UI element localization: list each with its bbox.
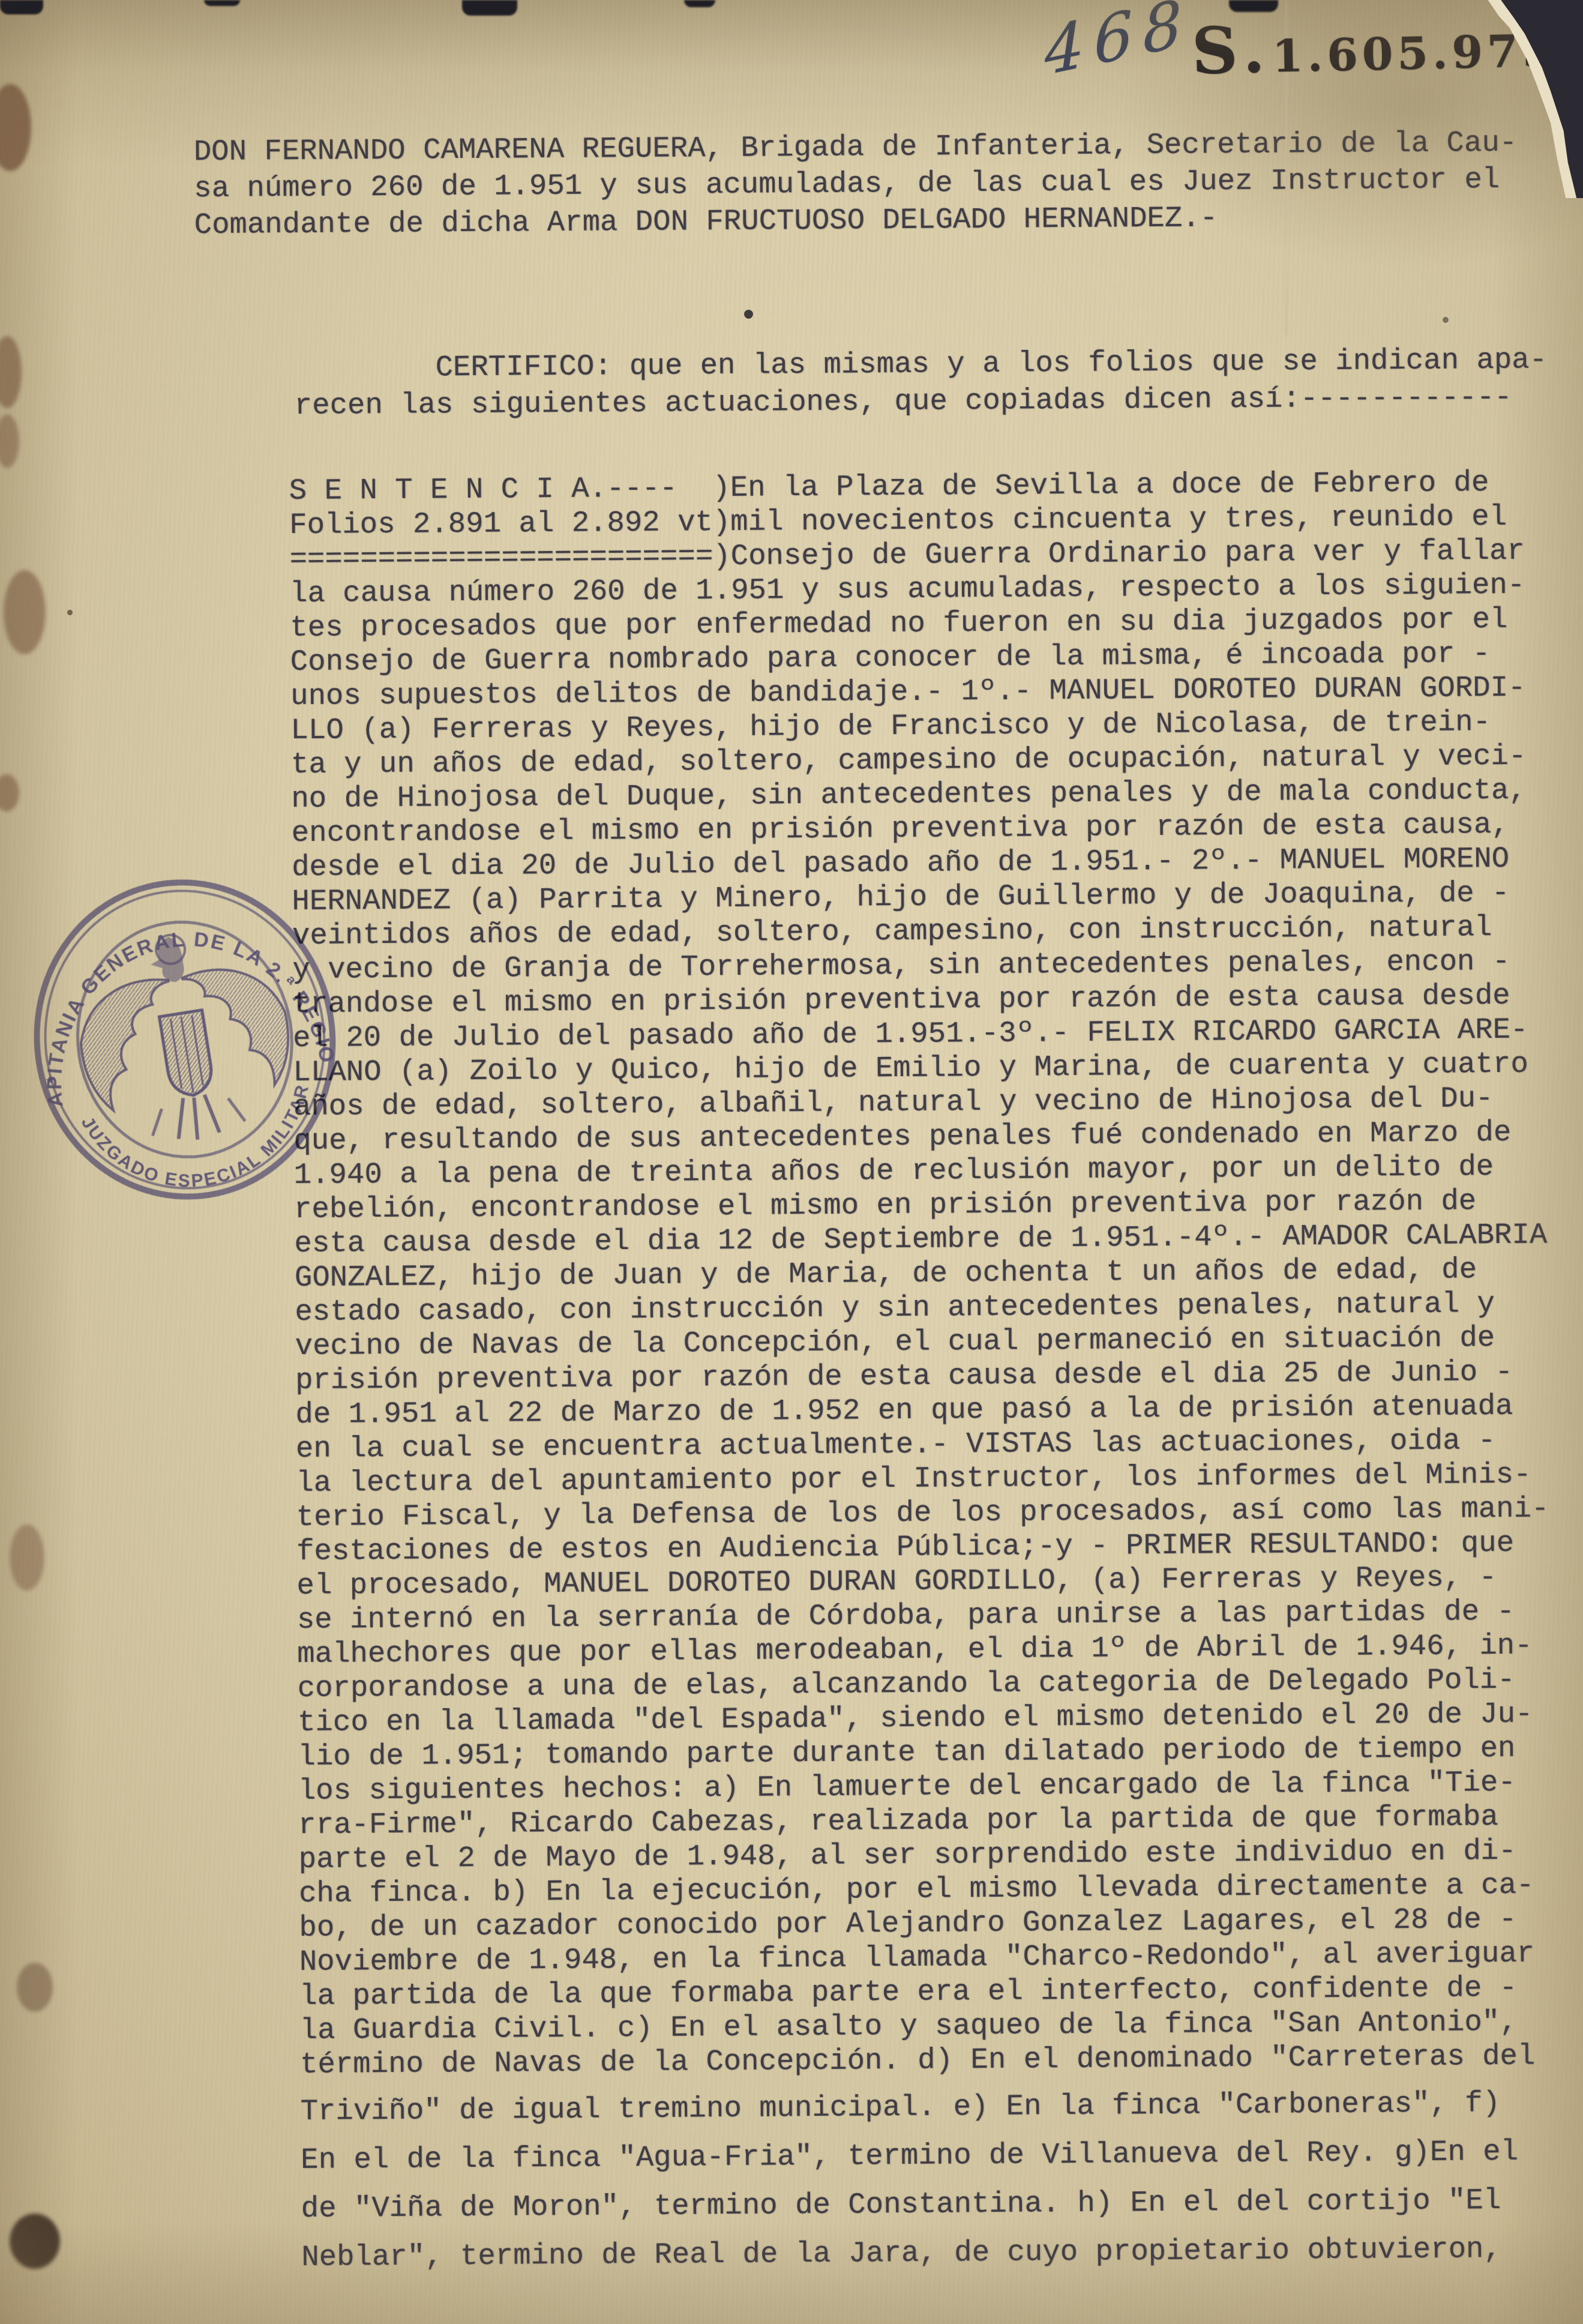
certification-paragraph: CERTIFICO: que en las mismas y a los fol… (294, 341, 1548, 424)
typewritten-line: En el de la finca "Agua-Fria", termino d… (301, 2128, 1518, 2185)
eagle-emblem-icon (66, 919, 303, 1155)
military-court-rubber-stamp: CAPITANIA GENERAL DE LA 2.ª REGION JUZGA… (7, 854, 363, 1226)
stamp-arc-bottom-text: JUZGADO ESPECIAL MILITAR (76, 1079, 326, 1208)
scanned-court-document-page: DON FERNANDO CAMARENA REGUERA, Brigada d… (0, 0, 1583, 2324)
typewritten-line: Neblar", termino de Real de la Jara, de … (301, 2225, 1519, 2282)
svg-text:JUZGADO ESPECIAL MILITAR: JUZGADO ESPECIAL MILITAR (76, 1079, 326, 1208)
typewritten-line: Triviño" de igual tremino municipal. e) … (300, 2079, 1518, 2136)
typewritten-line: recen las siguientes actuaciones, que co… (295, 378, 1548, 424)
typewritten-line: de "Viña de Moron", termino de Constanti… (301, 2176, 1518, 2233)
header-paragraph: DON FERNANDO CAMARENA REGUERA, Brigada d… (194, 125, 1518, 244)
sentencia-paragraph: S E N T E N C I A.---- )En la Plaza de S… (289, 466, 1553, 2083)
sentencia-paragraph-continued: Triviño" de igual tremino municipal. e) … (300, 2079, 1519, 2282)
